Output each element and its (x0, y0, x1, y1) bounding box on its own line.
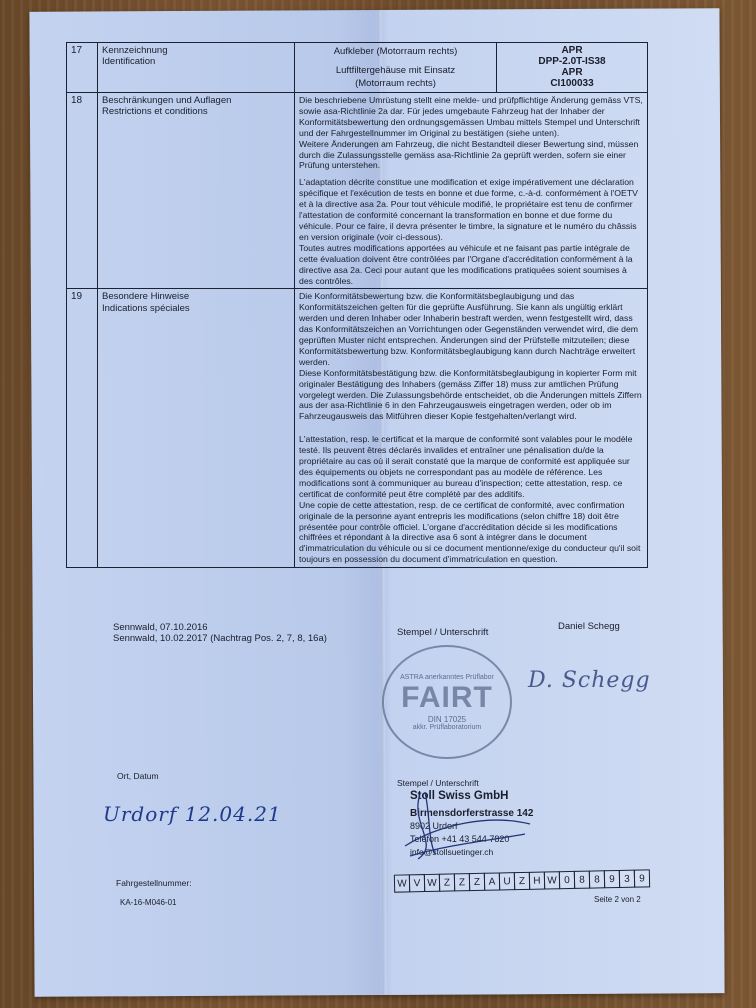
paragraph: Une copie de cette attestation, resp. de… (299, 500, 643, 565)
vin-char-box: Z (439, 873, 455, 891)
vin-char-box: U (499, 872, 515, 890)
location-line: Luftfiltergehäuse mit Einsatz (299, 64, 492, 77)
vin-char-box: A (484, 872, 500, 890)
chassis-label: Fahrgestellnummer: (116, 878, 192, 888)
paragraph: Die beschriebene Umrüstung stellt eine m… (299, 95, 643, 139)
table-row: 17 Kennzeichnung Identification Aufklebe… (67, 43, 648, 93)
vin-char-box: W (544, 871, 560, 889)
stamp-bottom-text: akkr. Prüflaboratorium (413, 724, 481, 731)
table-row: 18 Beschränkungen und Auflagen Restricti… (67, 93, 648, 289)
row-label: Beschränkungen und Auflagen Restrictions… (98, 93, 295, 289)
company-stamp: Stoll Swiss GmbH Birmensdorferstrasse 14… (410, 790, 533, 859)
page-indicator: Seite 2 von 2 (594, 895, 641, 904)
mark-line: CI100033 (501, 78, 643, 89)
stamp-signature-label: Stempel / Unterschrift (397, 627, 488, 638)
mark-line: APR (501, 45, 643, 56)
label-fr: Identification (102, 56, 290, 67)
location-line: Aufkleber (Motorraum rechts) (299, 45, 492, 58)
signer-name: Daniel Schegg (558, 621, 620, 632)
vin-char-box: W (424, 874, 440, 892)
signature-scribble (400, 784, 540, 864)
handwritten-place-date: Urdorf 12.04.21 (103, 802, 282, 826)
place-date-label: Ort, Datum (117, 771, 159, 781)
label-fr: Indications spéciales (102, 303, 290, 314)
label-de: Besondere Hinweise (102, 291, 290, 302)
vin-char-box: 8 (574, 871, 590, 889)
vin-char-box: 3 (619, 870, 635, 888)
identification-location: Aufkleber (Motorraum rechts) Luftfilterg… (295, 43, 497, 93)
row-number: 19 (67, 289, 98, 568)
vin-char-box: 9 (604, 870, 620, 888)
row-number: 18 (67, 93, 98, 289)
certificate-table: 17 Kennzeichnung Identification Aufklebe… (66, 42, 648, 568)
vin-char-box: H (529, 872, 545, 890)
official-stamp: ASTRA anerkanntes Prüflabor FAIRT DIN 17… (382, 645, 512, 759)
vin-char-box: V (409, 874, 425, 892)
label-de: Kennzeichnung (102, 45, 290, 56)
vin-char-box: 9 (634, 869, 650, 887)
issue-dates: Sennwald, 07.10.2016 Sennwald, 10.02.201… (113, 622, 327, 644)
label-de: Beschränkungen und Auflagen (102, 95, 290, 106)
vin-char-box: 8 (589, 870, 605, 888)
mark-line: DPP-2.0T-IS38 (501, 56, 643, 67)
stamp-top-text: ASTRA anerkanntes Prüflabor (400, 674, 494, 681)
issue-date-2: Sennwald, 10.02.2017 (Nachtrag Pos. 2, 7… (113, 633, 327, 644)
certificate-table-area: 17 Kennzeichnung Identification Aufklebe… (66, 42, 666, 568)
paragraph: Diese Konformitätsbestätigung bzw. die K… (299, 368, 643, 423)
row-number: 17 (67, 43, 98, 93)
table-row: 19 Besondere Hinweise Indications spécia… (67, 289, 648, 568)
row-label: Kennzeichnung Identification (98, 43, 295, 93)
special-notes-text: Die Konformitätsbewertung bzw. die Konfo… (295, 289, 648, 568)
restrictions-text: Die beschriebene Umrüstung stellt eine m… (295, 93, 648, 289)
paragraph: Weitere Änderungen am Fahrzeug, die nich… (299, 139, 643, 172)
stamp-standard: DIN 17025 (428, 715, 466, 724)
paragraph: L'attestation, resp. le certificat et la… (299, 434, 643, 499)
vin-char-box: 0 (559, 871, 575, 889)
issue-date-1: Sennwald, 07.10.2016 (113, 622, 327, 633)
handwritten-signature: D. Schegg (528, 668, 651, 693)
row-label: Besondere Hinweise Indications spéciales (98, 289, 295, 568)
vin-char-box: Z (514, 872, 530, 890)
vin-char-box: W (394, 874, 410, 892)
label-fr: Restrictions et conditions (102, 106, 290, 117)
chassis-reference: KA-16-M046-01 (120, 898, 176, 907)
paragraph: Toutes autres modifications apportées au… (299, 243, 643, 287)
vin-char-box: Z (454, 873, 470, 891)
mark-line: APR (501, 67, 643, 78)
location-line: (Motorraum rechts) (299, 77, 492, 90)
paragraph: L'adaptation décrite constitue une modif… (299, 177, 643, 242)
paragraph: Die Konformitätsbewertung bzw. die Konfo… (299, 291, 643, 367)
identification-marks: APR DPP-2.0T-IS38 APR CI100033 (497, 43, 648, 93)
stamp-logo: FAIRT (401, 681, 493, 715)
vin-char-box: Z (469, 873, 485, 891)
